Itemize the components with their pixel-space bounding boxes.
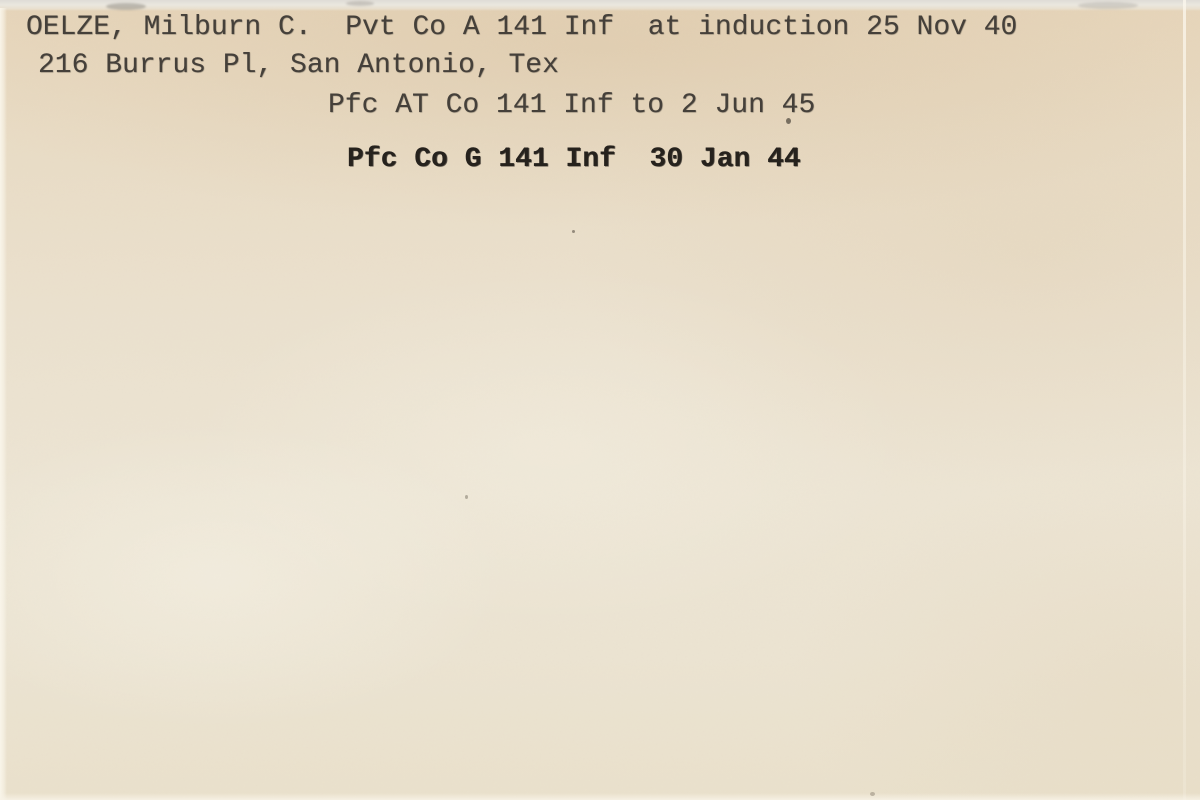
ink-speck <box>572 230 575 233</box>
ink-speck <box>870 792 875 796</box>
scanned-index-card: OELZE, Milburn C. Pvt Co A 141 Inf at in… <box>0 0 1200 800</box>
card-line-service-entry-2: Pfc Co G 141 Inf 30 Jan 44 <box>347 143 801 177</box>
scan-smudge <box>1078 2 1138 9</box>
card-line-address: 216 Burrus Pl, San Antonio, Tex <box>38 49 559 83</box>
scan-smudge <box>106 3 146 10</box>
card-edge-left <box>0 8 7 800</box>
ink-speck <box>786 118 791 124</box>
card-line-service-entry-1: Pfc AT Co 141 Inf to 2 Jun 45 <box>328 89 815 123</box>
card-line-name-rank-induction: OELZE, Milburn C. Pvt Co A 141 Inf at in… <box>26 11 1017 45</box>
scan-edge-top <box>0 0 1200 11</box>
card-edge-bottom <box>0 793 1200 800</box>
card-edge-right-crease <box>1183 0 1186 800</box>
ink-speck <box>465 495 468 499</box>
scan-smudge <box>346 1 374 6</box>
